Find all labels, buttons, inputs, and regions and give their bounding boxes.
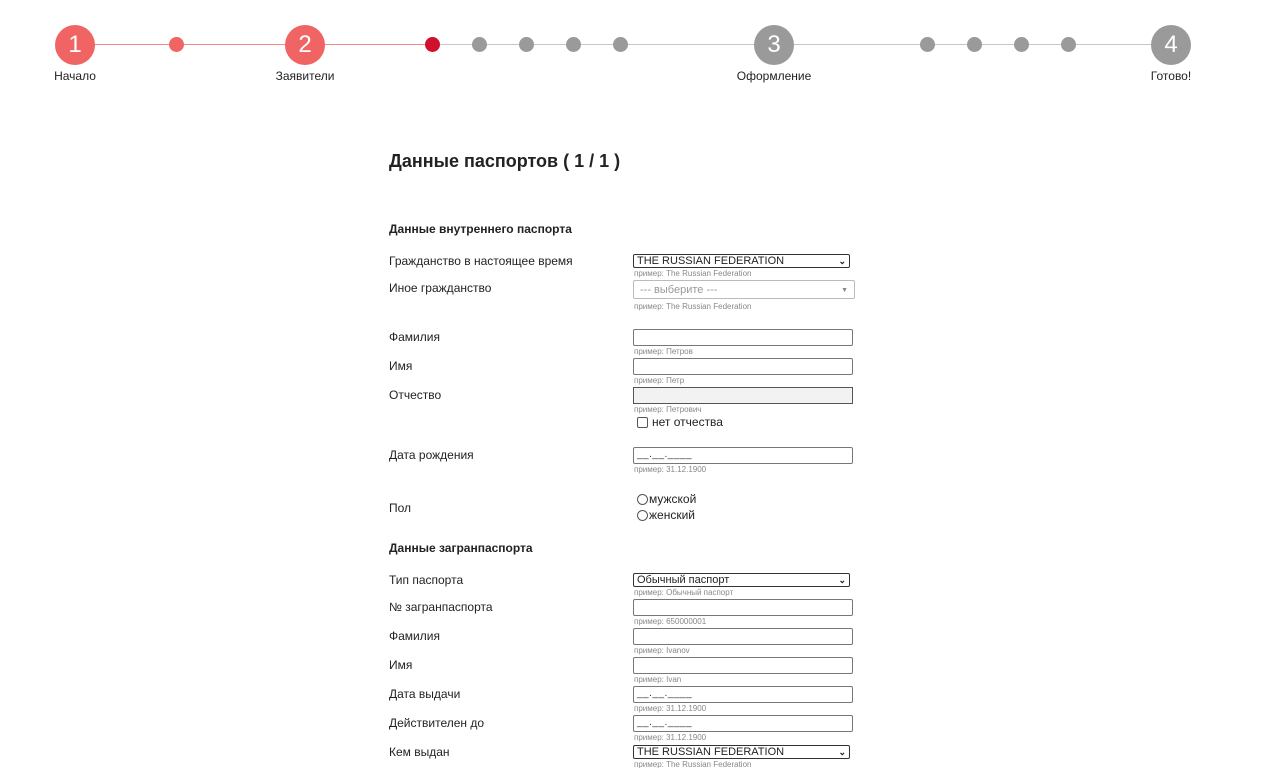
issued-by-select[interactable]: THE RUSSIAN FEDERATION ⌄: [633, 745, 850, 759]
substep-dot: [1061, 37, 1076, 52]
issue-date-label: Дата выдачи: [389, 687, 460, 701]
birth-date-label: Дата рождения: [389, 448, 474, 462]
step-1-label: Начало: [54, 69, 96, 83]
step-4-label: Готово!: [1151, 69, 1191, 83]
step-1-circle: 1: [55, 25, 95, 65]
substep-dot: [920, 37, 935, 52]
foreign-surname-label: Фамилия: [389, 629, 440, 643]
citizenship-value: THE RUSSIAN FEDERATION: [637, 255, 784, 267]
foreign-surname-input[interactable]: [633, 628, 853, 645]
other-citizenship-hint: пример: The Russian Federation: [634, 302, 751, 311]
gender-male-label[interactable]: мужской: [649, 492, 696, 506]
valid-until-mask: __.__.____: [637, 717, 692, 728]
no-patronymic-checkbox[interactable]: [637, 417, 648, 428]
name-label: Имя: [389, 359, 412, 373]
page-title: Данные паспортов ( 1 / 1 ): [389, 151, 620, 172]
gender-female-label[interactable]: женский: [649, 508, 695, 522]
issued-by-value: THE RUSSIAN FEDERATION: [637, 746, 784, 758]
surname-hint: пример: Петров: [634, 347, 693, 356]
internal-passport-heading: Данные внутреннего паспорта: [389, 222, 572, 236]
chevron-down-icon: ⌄: [838, 574, 846, 586]
substep-dot: [613, 37, 628, 52]
gender-label: Пол: [389, 501, 411, 515]
valid-until-input[interactable]: __.__.____: [633, 715, 853, 732]
other-citizenship-select[interactable]: --- выберите --- ▼: [633, 280, 855, 299]
valid-until-label: Действителен до: [389, 716, 484, 730]
chevron-down-icon: ⌄: [838, 255, 846, 267]
passport-number-hint: пример: 650000001: [634, 617, 706, 626]
step-3-label: Оформление: [737, 69, 811, 83]
substep-dot: [1014, 37, 1029, 52]
progress-stepper: 1 2 3 4 Начало Заявители Оформление Гото…: [0, 0, 1264, 100]
birth-date-hint: пример: 31.12.1900: [634, 465, 706, 474]
step-4-circle: 4: [1151, 25, 1191, 65]
patronymic-input[interactable]: [633, 387, 853, 404]
other-citizenship-placeholder: --- выберите ---: [640, 284, 717, 296]
surname-input[interactable]: [633, 329, 853, 346]
substep-dot: [566, 37, 581, 52]
name-input[interactable]: [633, 358, 853, 375]
foreign-passport-heading: Данные загранпаспорта: [389, 541, 533, 555]
citizenship-hint: пример: The Russian Federation: [634, 269, 751, 278]
foreign-name-hint: пример: Ivan: [634, 675, 681, 684]
passport-type-value: Обычный паспорт: [637, 574, 729, 586]
foreign-name-input[interactable]: [633, 657, 853, 674]
passport-type-select[interactable]: Обычный паспорт ⌄: [633, 573, 850, 587]
substep-dot: [967, 37, 982, 52]
citizenship-label: Гражданство в настоящее время: [389, 254, 573, 268]
foreign-surname-hint: пример: Ivanov: [634, 646, 690, 655]
substep-dot: [519, 37, 534, 52]
valid-until-hint: пример: 31.12.1900: [634, 733, 706, 742]
patronymic-label: Отчество: [389, 388, 441, 402]
issued-by-label: Кем выдан: [389, 745, 450, 759]
chevron-down-icon: ⌄: [838, 746, 846, 758]
dropdown-arrow-icon: ▼: [841, 281, 848, 300]
foreign-name-label: Имя: [389, 658, 412, 672]
substep-dot-current: [425, 37, 440, 52]
progress-line-todo: [432, 44, 1170, 45]
substep-dot: [169, 37, 184, 52]
name-hint: пример: Петр: [634, 376, 684, 385]
other-citizenship-label: Иное гражданство: [389, 281, 491, 295]
passport-type-hint: пример: Обычный паспорт: [634, 588, 733, 597]
progress-line-done: [75, 44, 432, 45]
no-patronymic-label[interactable]: нет отчества: [652, 415, 723, 429]
citizenship-select[interactable]: THE RUSSIAN FEDERATION ⌄: [633, 254, 850, 268]
birth-date-mask: __.__.____: [637, 449, 692, 460]
gender-male-radio[interactable]: [637, 494, 648, 505]
passport-type-label: Тип паспорта: [389, 573, 463, 587]
gender-female-radio[interactable]: [637, 510, 648, 521]
birth-date-input[interactable]: __.__.____: [633, 447, 853, 464]
issued-by-hint: пример: The Russian Federation: [634, 760, 751, 768]
patronymic-hint: пример: Петрович: [634, 405, 701, 414]
step-2-circle: 2: [285, 25, 325, 65]
passport-number-input[interactable]: [633, 599, 853, 616]
step-2-label: Заявители: [276, 69, 335, 83]
substep-dot: [472, 37, 487, 52]
passport-number-label: № загранпаспорта: [389, 600, 493, 614]
step-3-circle: 3: [754, 25, 794, 65]
surname-label: Фамилия: [389, 330, 440, 344]
issue-date-hint: пример: 31.12.1900: [634, 704, 706, 713]
issue-date-mask: __.__.____: [637, 688, 692, 699]
issue-date-input[interactable]: __.__.____: [633, 686, 853, 703]
